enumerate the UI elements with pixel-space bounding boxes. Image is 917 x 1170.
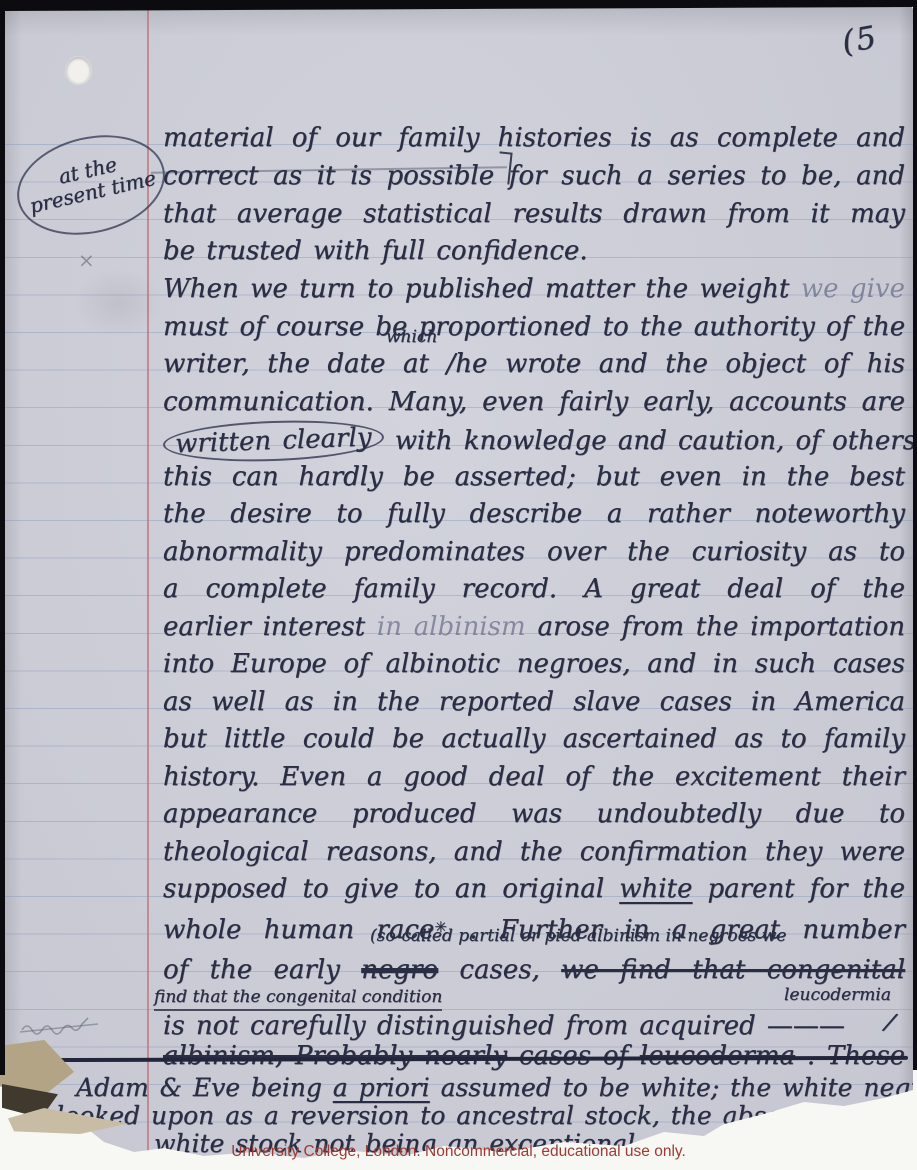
page-number: (5 (839, 19, 881, 61)
pencil-scribble (20, 1014, 100, 1040)
text-line: be trusted with full confidence. (163, 233, 905, 269)
text-segment: cases, (459, 955, 539, 985)
text-segment: earlier interest (163, 612, 365, 642)
text-segment: parent for the (707, 874, 905, 904)
text-line: supposed to give to an original white pa… (163, 871, 905, 907)
faint-ink-segment: we give (801, 274, 905, 304)
text-segment: with knowledge and caution, of others (395, 426, 916, 456)
interlinear-insertion-leucodermia: leucodermia (784, 986, 891, 1004)
scan-frame-left (0, 0, 5, 1075)
text-line: writer, the date at /he wrote and the ob… (163, 346, 905, 382)
text-segment: is not carefully distinguished from acqu… (163, 1011, 756, 1041)
text-line: abnormality predominates over the curios… (163, 534, 905, 570)
text-line-edited: of the early negro cases, we find that c… (163, 952, 905, 988)
interlinear-insertion-congenital: find that the congenital condition (154, 988, 442, 1006)
text-segment: writer, the date at (163, 349, 429, 379)
scan-frame-right (913, 0, 917, 1070)
manuscript-page: (5 at the present time × material of our… (4, 6, 913, 1166)
text-line: earlier interest in albinism arose from … (163, 609, 905, 645)
interlinear-insertion-socalled: (so-called partial or pied albinism in n… (370, 927, 786, 945)
text-line: this can hardly be asserted; but even in… (163, 459, 905, 495)
text-segment: supposed to give to an original (163, 874, 604, 904)
text-line: communication. Many, even fairly early, … (163, 384, 905, 420)
text-segment: of the early (163, 955, 340, 985)
struck-phrase: albinism, Probably nearly (163, 1041, 507, 1071)
interlinear-insertion-which: which (386, 328, 437, 346)
manuscript-scan: (5 at the present time × material of our… (0, 0, 917, 1170)
text-line: theological reasons, and the confirmatio… (163, 834, 905, 870)
text-segment: When we turn to published matter the wei… (163, 274, 789, 304)
flourish-dash: ——— (767, 1011, 845, 1041)
text-line: a complete family record. A great deal o… (163, 571, 905, 607)
text-line: history. Even a good deal of the excitem… (163, 759, 905, 795)
pencil-smudge (74, 268, 164, 338)
struck-word: negro (361, 955, 438, 985)
text-segment: correct as it is possible (163, 161, 494, 191)
pencil-x-mark: × (78, 248, 95, 272)
text-line: material of our family histories is as c… (163, 120, 905, 156)
text-segment: /he wrote and the object of his (447, 349, 905, 379)
text-line: correct as it is possible for such a ser… (163, 158, 905, 194)
text-line: as well as in the reported slave cases i… (163, 684, 905, 720)
faint-ink-segment: in albinism (377, 612, 526, 642)
text-line: into Europe of albinotic negroes, and in… (163, 646, 905, 682)
text-segment: arose from the importation (537, 612, 905, 642)
struck-phrase: we find that congenital (561, 955, 905, 985)
underlined-word-white: white (619, 874, 692, 904)
text-line: written clearly with knowledge and cauti… (163, 421, 905, 457)
archive-caption: University College, London. Noncommercia… (0, 1143, 917, 1161)
text-line: the desire to fully describe a rather no… (163, 496, 905, 532)
text-line: appearance produced was undoubtedly due … (163, 796, 905, 832)
punch-hole (66, 57, 91, 84)
text-segment: for such a series to be, and (509, 161, 905, 191)
text-line: When we turn to published matter the wei… (163, 271, 905, 307)
text-line: must of course be proportioned to the au… (163, 309, 905, 345)
text-line: but little could be actually ascertained… (163, 721, 905, 757)
text-line: that average statistical results drawn f… (163, 196, 905, 232)
